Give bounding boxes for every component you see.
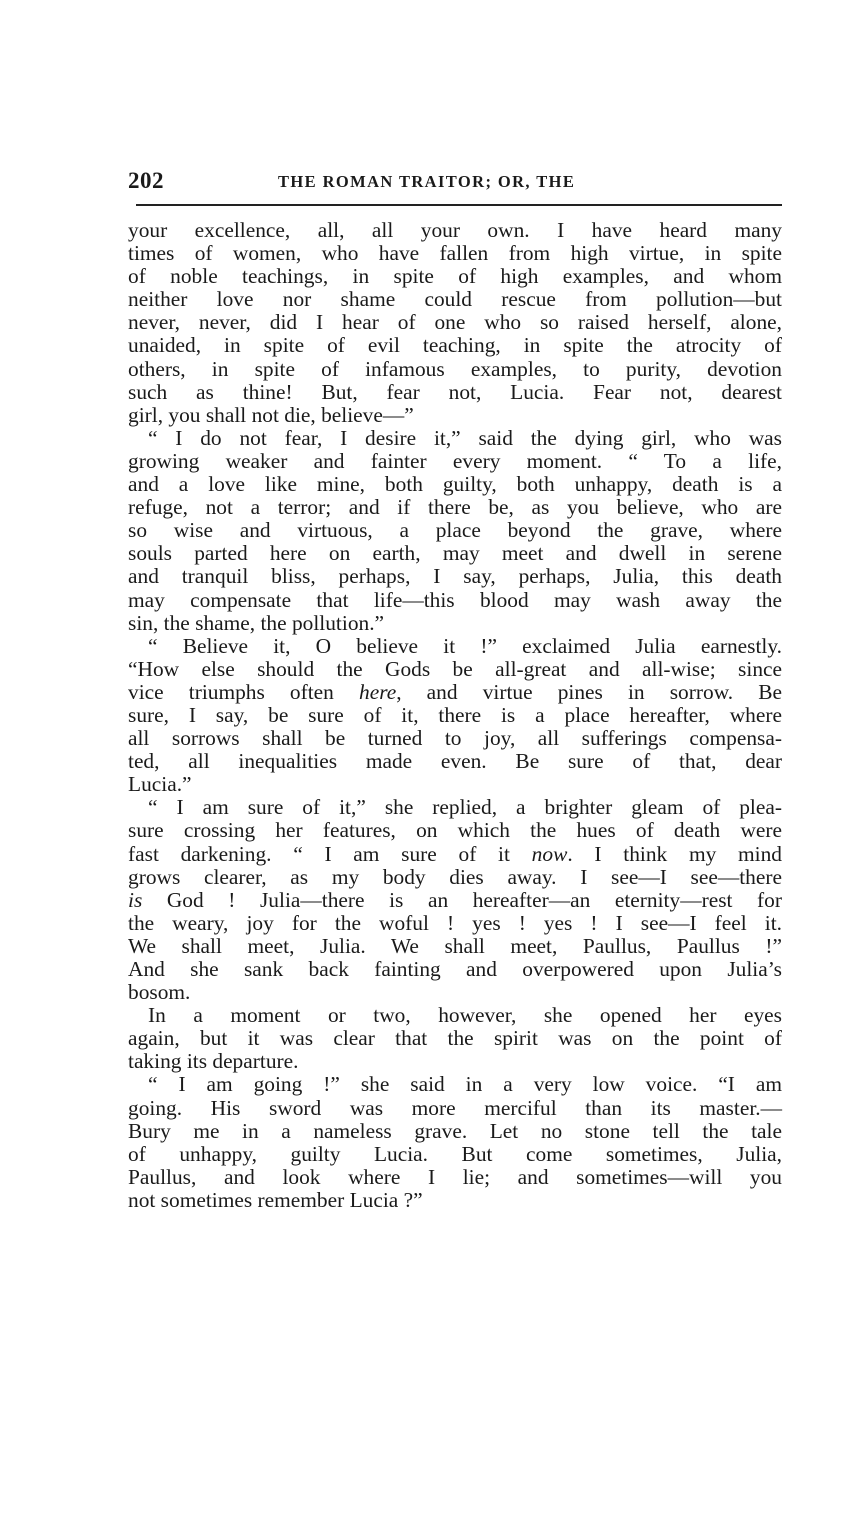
running-header: 202 THE ROMAN TRAITOR; OR, THE: [128, 168, 782, 196]
text-line: “ I am sure of it,” she replied, a brigh…: [128, 796, 782, 819]
text-line: the weary, joy for the woful ! yes ! yes…: [128, 912, 782, 935]
text-line: your excellence, all, all your own. I ha…: [128, 219, 782, 242]
text-line: growing weaker and fainter every moment.…: [128, 450, 782, 473]
page-number: 202: [128, 168, 164, 194]
text-line: all sorrows shall be turned to joy, all …: [128, 727, 782, 750]
text-line: taking its departure.: [128, 1050, 782, 1073]
text-line: again, but it was clear that the spirit …: [128, 1027, 782, 1050]
text-line: of unhappy, guilty Lucia. But come somet…: [128, 1143, 782, 1166]
paragraph: “ Believe it, O believe it !” exclaimed …: [128, 635, 782, 797]
paragraph: In a moment or two, however, she opened …: [128, 1004, 782, 1073]
text-line: “ I do not fear, I desire it,” said the …: [128, 427, 782, 450]
text-line: souls parted here on earth, may meet and…: [128, 542, 782, 565]
body-text: your excellence, all, all your own. I ha…: [128, 219, 782, 1212]
text-line: girl, you shall not die, believe—”: [128, 404, 782, 427]
text-line: and tranquil bliss, perhaps, I say, perh…: [128, 565, 782, 588]
text-line: sure crossing her features, on which the…: [128, 819, 782, 842]
text-line: ted, all inequalities made even. Be sure…: [128, 750, 782, 773]
paragraph: “ I do not fear, I desire it,” said the …: [128, 427, 782, 635]
text-line: refuge, not a terror; and if there be, a…: [128, 496, 782, 519]
text-line: Paullus, and look where I lie; and somet…: [128, 1166, 782, 1189]
text-line: going. His sword was more merciful than …: [128, 1097, 782, 1120]
text-line: fast darkening. “ I am sure of it now. I…: [128, 843, 782, 866]
text-line: And she sank back fainting and overpower…: [128, 958, 782, 981]
book-page: 202 THE ROMAN TRAITOR; OR, THE your exce…: [0, 0, 848, 1525]
text-line: Bury me in a nameless grave. Let no ston…: [128, 1120, 782, 1143]
text-line: and a love like mine, both guilty, both …: [128, 473, 782, 496]
text-line: Lucia.”: [128, 773, 782, 796]
header-rule: [136, 204, 782, 206]
text-line: “How else should the Gods be all-great a…: [128, 658, 782, 681]
paragraph: “ I am going !” she said in a very low v…: [128, 1073, 782, 1212]
text-line: times of women, who have fallen from hig…: [128, 242, 782, 265]
text-line: In a moment or two, however, she opened …: [128, 1004, 782, 1027]
text-line: sure, I say, be sure of it, there is a p…: [128, 704, 782, 727]
text-line: not sometimes remember Lucia ?”: [128, 1189, 782, 1212]
text-line: grows clearer, as my body dies away. I s…: [128, 866, 782, 889]
text-line: “ Believe it, O believe it !” exclaimed …: [128, 635, 782, 658]
paragraph: “ I am sure of it,” she replied, a brigh…: [128, 796, 782, 1004]
text-line: so wise and virtuous, a place beyond the…: [128, 519, 782, 542]
text-line: bosom.: [128, 981, 782, 1004]
running-title: THE ROMAN TRAITOR; OR, THE: [278, 172, 575, 192]
text-line: We shall meet, Julia. We shall meet, Pau…: [128, 935, 782, 958]
text-line: neither love nor shame could rescue from…: [128, 288, 782, 311]
text-line: is God ! Julia—there is an hereafter—an …: [128, 889, 782, 912]
text-line: vice triumphs often here, and virtue pin…: [128, 681, 782, 704]
text-line: such as thine! But, fear not, Lucia. Fea…: [128, 381, 782, 404]
text-line: of noble teachings, in spite of high exa…: [128, 265, 782, 288]
text-line: never, never, did I hear of one who so r…: [128, 311, 782, 334]
text-line: others, in spite of infamous examples, t…: [128, 358, 782, 381]
text-line: may compensate that life—this blood may …: [128, 589, 782, 612]
paragraph: your excellence, all, all your own. I ha…: [128, 219, 782, 427]
text-line: unaided, in spite of evil teaching, in s…: [128, 334, 782, 357]
text-line: sin, the shame, the pollution.”: [128, 612, 782, 635]
text-line: “ I am going !” she said in a very low v…: [128, 1073, 782, 1096]
